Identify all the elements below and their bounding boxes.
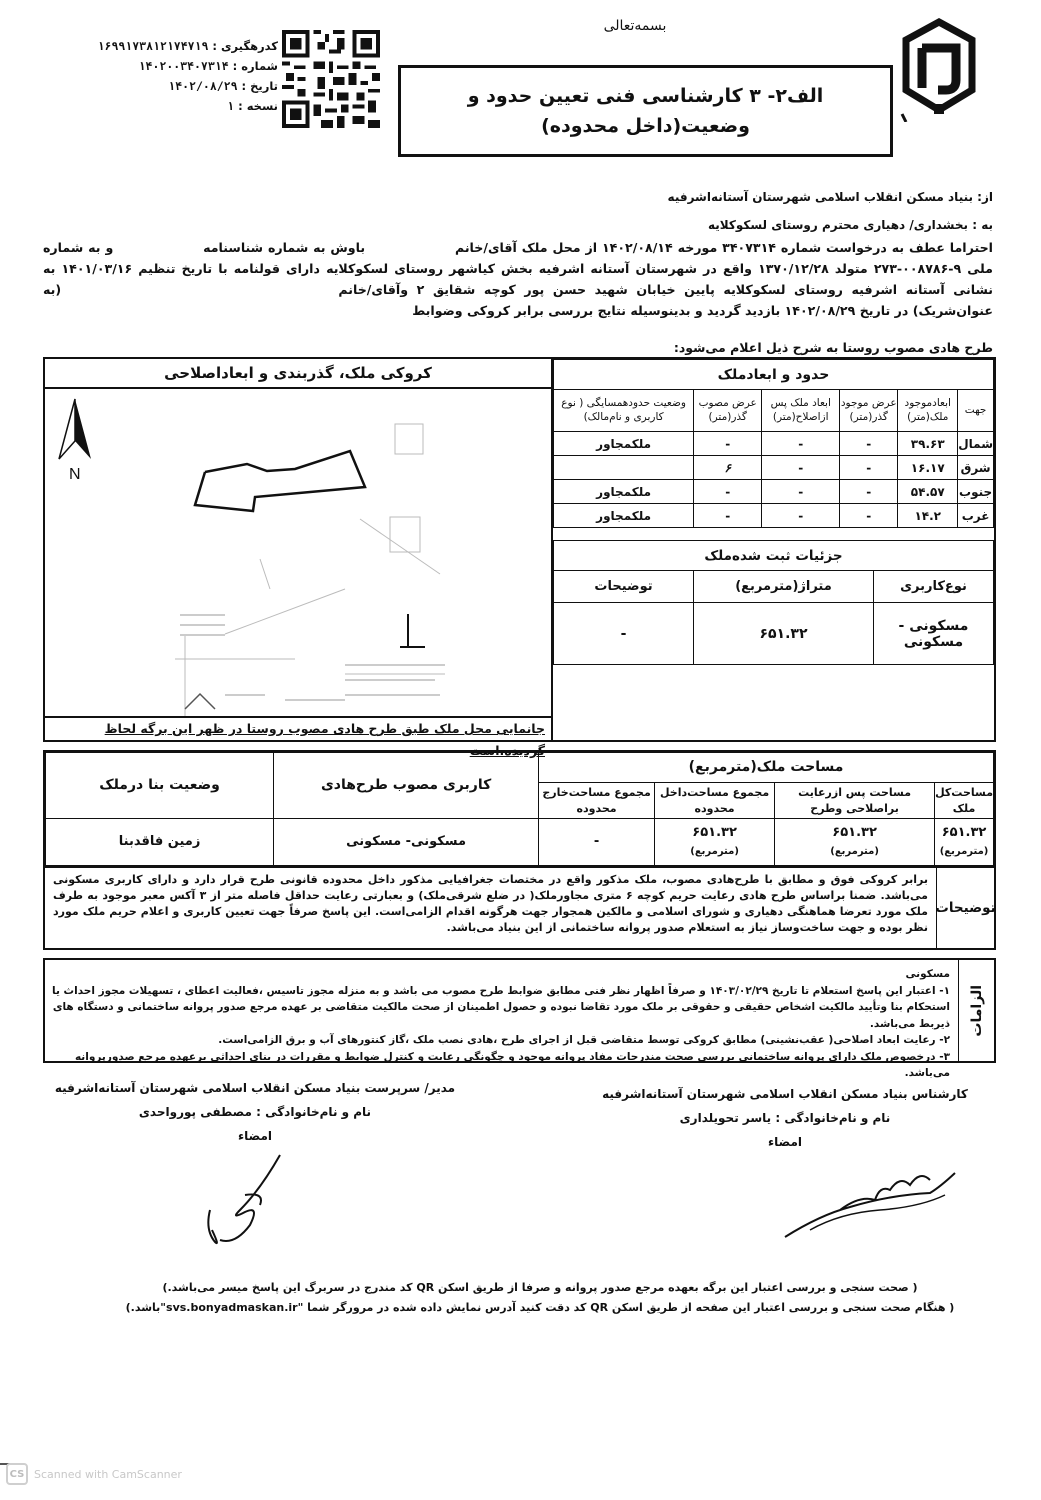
sketch-map: N [45, 389, 551, 718]
svg-text:N: N [69, 466, 81, 483]
notes-panel: توضیحات برابر کروکی فوق و مطابق با طرح‌ه… [43, 868, 996, 950]
col-area-after: مساحت پس ازرعایت براصلاحی وطرح [775, 783, 935, 819]
col-road-approved: عرض مصوب گذر(متر) [694, 390, 762, 432]
registered-table: جزئیات ثبت شده‌ملک نوع‌کاربری متراژ(مترم… [553, 540, 994, 665]
area-after: ۶۵۱.۳۲(مترمربع) [775, 819, 935, 866]
total-area: ۶۵۱.۳۲(مترمربع) [935, 819, 994, 866]
handwritten-road-width: ۶ [694, 456, 762, 480]
north-arrow-icon: N [59, 399, 91, 483]
col-road-existing: عرض موجود گذر(متر) [840, 390, 898, 432]
notes-label: توضیحات [936, 868, 994, 948]
col-after-fix: ابعاد ملک پس ازاصلاح(متر) [762, 390, 840, 432]
obligations-label: الزامات [958, 960, 994, 1061]
expert-role: کارشناس بنیاد مسکن انقلاب اسلامی شهرستان… [580, 1082, 990, 1106]
col-total-area: مساحت‌کل ملک [935, 783, 994, 819]
letter-body: احتراما عطف به درخواست شماره ۳۴۰۷۳۱۴ مور… [43, 237, 993, 321]
table-row: جنوب۵۴.۵۷---ملکمجاور [554, 480, 994, 504]
version-row: نسخه :۱ [58, 96, 278, 116]
bonyad-maskan-logo-icon [900, 18, 978, 122]
col-neighbor: وضعیت حدودهمسایگی ( نوع کاربری و نام‌مال… [554, 390, 694, 432]
manager-sign-label: امضاء [40, 1124, 470, 1148]
signature-block-manager: مدیر/ سرپرست بنیاد مسکن انقلاب اسلامی شه… [40, 1076, 470, 1148]
col-notes: توضیحات [554, 571, 694, 603]
building-status: زمین فاقدبنا [46, 819, 274, 866]
property-sketch: N [45, 389, 551, 716]
letter-announcement: طرح هادی مصوب روستا به شرح ذیل اعلام می‌… [674, 340, 993, 355]
document-title: الف۲- ۳ کارشناسی فنی تعیین حدود و وضعیت(… [398, 65, 893, 157]
notes-text: برابر کروکی فوق و مطابق با طرح‌هادی مصوب… [45, 868, 936, 948]
col-direction: جهت [958, 390, 994, 432]
number-row: شماره :۱۴۰۲۰۰۳۴۰۷۳۱۴ [58, 56, 278, 76]
obligations-panel: الزامات مسکونی ۱- اعتبار این پاسخ استعلا… [43, 958, 996, 1063]
footer-line-1: ( صحت سنجی و بررسی اعتبار این برگه بعهده… [100, 1278, 980, 1298]
expert-sign-label: امضاء [580, 1130, 990, 1154]
expert-signature-icon [780, 1165, 965, 1240]
document-meta: کدرهگیری :۱۶۹۹۱۷۳۸۱۲۱۷۴۷۱۹ شماره :۱۴۰۲۰۰… [58, 36, 278, 116]
validation-footer: ( صحت سنجی و بررسی اعتبار این برگه بعهده… [100, 1278, 980, 1318]
manager-name: نام و نام‌خانوادگی : مصطفی پورواحدی [40, 1100, 470, 1124]
signature-block-expert: کارشناس بنیاد مسکن انقلاب اسلامی شهرستان… [580, 1082, 990, 1154]
area-outside: - [539, 819, 655, 866]
obligation-item: ۲- رعایت ابعاد اصلاحی( عقب‌نشینی) مطابق … [51, 1032, 950, 1049]
registered-area: ۶۵۱.۳۲ [694, 603, 874, 665]
col-building-status: وضعیت بنا درملک [46, 753, 274, 819]
registered-notes: - [554, 603, 694, 665]
registered-use: مسکونی - مسکونی [874, 603, 994, 665]
letter-to: به : بخشداری/ دهیاری محترم روستای لسکوکل… [708, 218, 993, 232]
area-panel: مساحت ملک(مترمربع) کاربری مصوب طرح‌هادی … [43, 750, 996, 868]
dimensions-panel: حدود و ابعادملک جهت ابعادموجود ملک(متر) … [553, 357, 996, 742]
dimensions-table: حدود و ابعادملک جهت ابعادموجود ملک(متر) … [553, 359, 994, 528]
obligations-text: مسکونی ۱- اعتبار این پاسخ استعلام تا تار… [45, 960, 958, 1061]
document-date: ۱۴۰۲/۰۸/۲۹ [168, 76, 237, 96]
qr-code-icon[interactable] [280, 30, 382, 128]
letter-from: از: بنیاد مسکن انقلاب اسلامی شهرستان آست… [668, 190, 993, 204]
date-row: تاریخ :۱۴۰۲/۰۸/۲۹ [58, 76, 278, 96]
document-version: ۱ [227, 96, 234, 116]
col-approved-use: کاربری مصوب طرح‌هادی [274, 753, 539, 819]
tracking-code: ۱۶۹۹۱۷۳۸۱۲۱۷۴۷۱۹ [98, 36, 209, 56]
footer-line-2: ( هنگام صحت سنجی و بررسی اعتبار این صفحه… [100, 1298, 980, 1318]
approved-use: مسکونی- مسکونی [274, 819, 539, 866]
sketch-panel: کروکی ملک، گذربندی و ابعاداصلاحی N [43, 357, 553, 742]
table-row: شمال۳۹.۶۳---ملکمجاور [554, 432, 994, 456]
obligation-item: ۱- اعتبار این پاسخ استعلام تا تاریخ ۱۴۰۳… [51, 983, 950, 1033]
sketch-footer-note: جانمایی محل ملک طبق طرح هادی مصوب روستا … [45, 716, 551, 740]
area-group-title: مساحت ملک(مترمربع) [539, 753, 994, 783]
property-boundary [195, 451, 365, 511]
camscanner-text: Scanned with CamScanner [34, 1468, 182, 1481]
dimensions-title: حدود و ابعادملک [554, 360, 994, 390]
expert-name: نام و نام‌خانوادگی : یاسر تحویلداری [580, 1106, 990, 1130]
area-inside: ۶۵۱.۳۲(مترمربع) [655, 819, 775, 866]
table-row: شرق۱۶.۱۷--۶ [554, 456, 994, 480]
table-row: غرب۱۴.۲---ملکمجاور [554, 504, 994, 528]
col-existing: ابعادموجود ملک(متر) [898, 390, 958, 432]
col-area-outside: مجموع مساحت‌خارج محدوده [539, 783, 655, 819]
manager-signature-icon [190, 1150, 300, 1250]
camscanner-watermark: CS Scanned with CamScanner [6, 1463, 182, 1485]
col-use: نوع‌کاربری [874, 571, 994, 603]
area-table: مساحت ملک(مترمربع) کاربری مصوب طرح‌هادی … [45, 752, 994, 866]
obligations-heading: مسکونی [51, 966, 950, 983]
document-number: ۱۴۰۲۰۰۳۴۰۷۳۱۴ [139, 56, 229, 76]
camscanner-logo-icon: CS [6, 1463, 28, 1485]
registered-title: جزئیات ثبت شده‌ملک [554, 541, 994, 571]
sketch-title: کروکی ملک، گذربندی و ابعاداصلاحی [45, 359, 551, 389]
bismillah: بسمه‌تعالی [560, 18, 710, 34]
col-area-inside: مجموع مساحت‌داخل محدوده [655, 783, 775, 819]
tracking-code-row: کدرهگیری :۱۶۹۹۱۷۳۸۱۲۱۷۴۷۱۹ [58, 36, 278, 56]
col-area: متراژ(مترمربع) [694, 571, 874, 603]
manager-role: مدیر/ سرپرست بنیاد مسکن انقلاب اسلامی شه… [40, 1076, 470, 1100]
